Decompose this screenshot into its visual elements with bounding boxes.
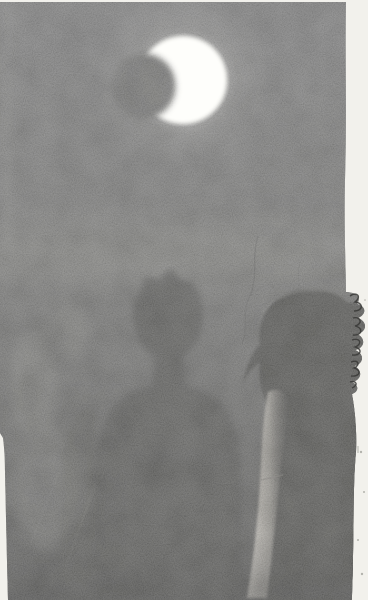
moon: [139, 36, 227, 124]
artwork-region: [0, 0, 368, 600]
scanned-illustration-page: [0, 0, 368, 600]
night-scene-artwork: [0, 0, 368, 600]
